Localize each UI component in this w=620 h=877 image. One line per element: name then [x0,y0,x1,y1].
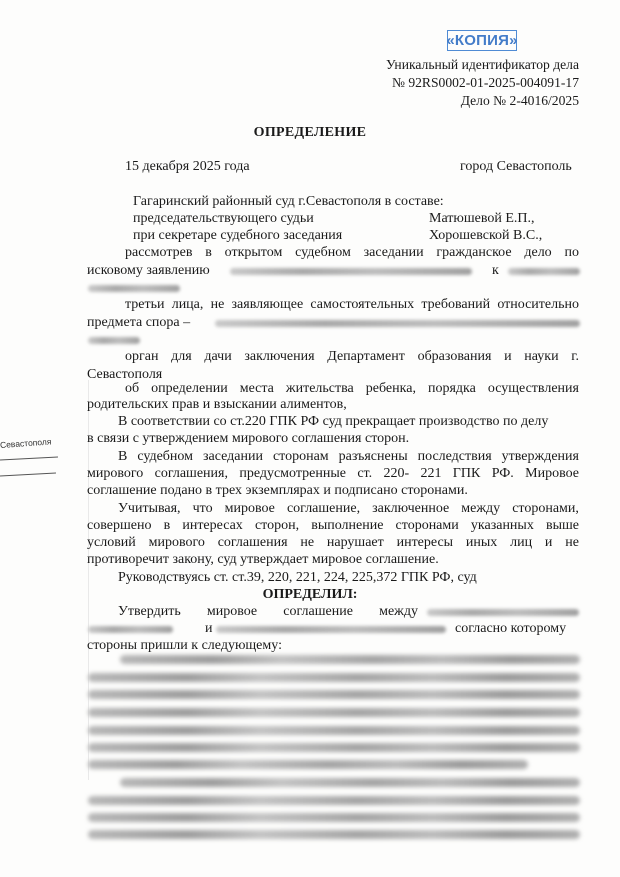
considered-line: рассмотрев в открытом судебном заседании… [125,244,579,262]
para3-line2: совершено в интересах сторон, выполнение… [87,517,579,535]
redacted-third-parties-cont [88,337,140,344]
page-title: ОПРЕДЕЛЕНИЕ [0,125,620,141]
secretary-label: при секретаре судебного заседания [133,227,342,245]
claim-to: к [492,262,499,280]
judge-label: председательствующего судьи [133,210,314,228]
redacted-party-1 [427,609,579,616]
secretary-name: Хорошевской В.С., [429,227,542,245]
date: 15 декабря 2025 года [125,158,250,176]
claim-prefix: исковому заявлению [87,262,210,280]
authority-line: орган для дачи заключения Департамент об… [125,348,579,366]
city: город Севастополь [460,158,572,176]
redacted-party-2 [216,626,446,633]
dispute-prefix: предмета спора – [87,314,190,332]
case-number: Дело № 2-4016/2025 [461,92,579,110]
redacted-defendant [508,268,580,275]
approve-according: согласно которому [455,620,566,638]
redacted-defendant-cont [88,285,180,292]
document-page: Севастополя «КОПИЯ» Уникальный идентифик… [0,0,620,877]
copy-stamp: «КОПИЯ» [447,30,517,51]
para2-line3: соглашение подано в трех экземплярах и п… [87,482,468,500]
para1-line2: в связи с утверждением мирового соглашен… [87,430,409,448]
redacted-plaintiff [230,268,472,275]
third-parties-line: третьи лица, не заявляющее самостоятельн… [125,296,579,314]
judge-name: Матюшевой Е.П., [429,210,535,228]
unique-id-label: Уникальный идентификатор дела [386,56,579,74]
redacted-party-1-cont [88,626,173,633]
para3-line3: условий мирового соглашения не нарушает … [87,534,579,552]
para3-line4: противоречит закону, суд утверждает миро… [87,551,439,569]
approve-and: и [205,620,213,638]
guided-by: Руководствуясь ст. ст.39, 220, 221, 224,… [118,569,477,587]
redacted-third-parties [215,320,580,327]
para2-line2: мирового соглашения, предусмотренные ст.… [87,465,579,483]
para1-line1: В соответствии со ст.220 ГПК РФ суд прек… [118,413,548,431]
approve-line: Утвердить мировое соглашение между [118,603,418,621]
para2-line1: В судебном заседании сторонам разъяснены… [118,448,579,466]
para3-line1: Учитывая, что мировое соглашение, заключ… [118,500,579,518]
decided-title: ОПРЕДЕЛИЛ: [0,586,620,604]
parties-came: стороны пришли к следующему: [87,637,282,655]
subject-cont: родительских прав и взыскании алиментов, [87,396,347,414]
court-line: Гагаринский районный суд г.Севастополя в… [133,193,444,211]
unique-id-value: № 92RS0002-01-2025-004091-17 [392,74,579,92]
